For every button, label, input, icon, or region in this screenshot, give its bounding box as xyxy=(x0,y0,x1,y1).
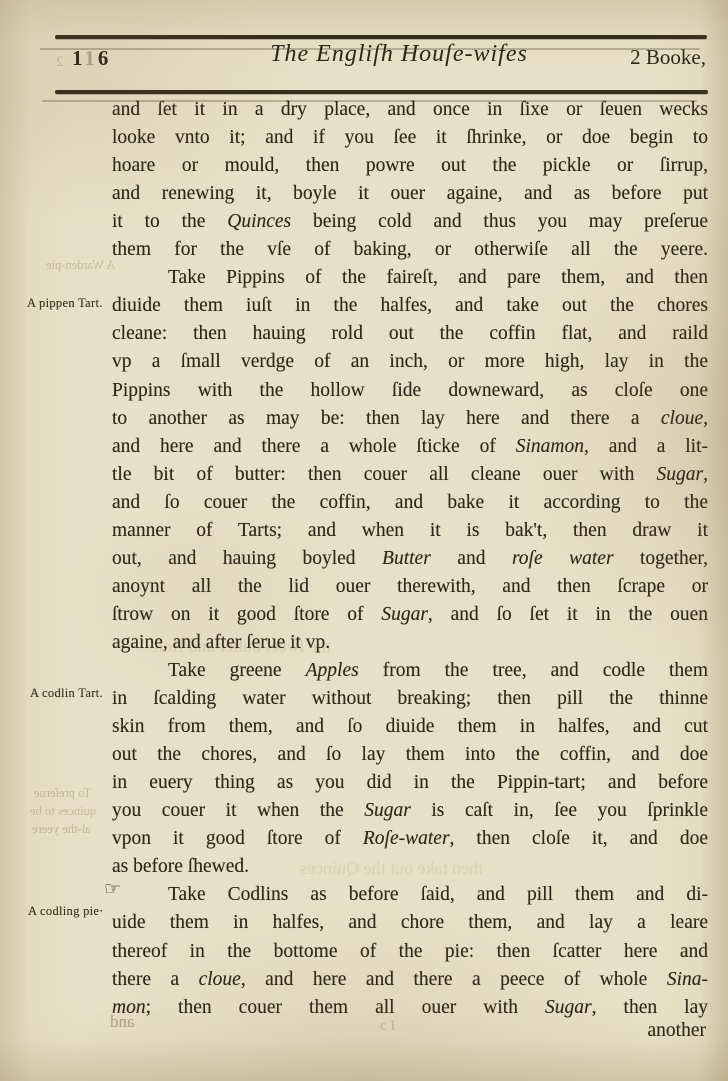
body-line: and here and there a whole ſticke of Sin… xyxy=(112,433,708,461)
body-line: Take greene Apples from the tree, and co… xyxy=(112,657,708,685)
body-line: and ſet it in a dry place, and once in ſ… xyxy=(112,96,708,124)
body-text-run: , and a lit- xyxy=(584,436,708,457)
body-text-run: manner of Tarts; and when it is bak't, t… xyxy=(112,520,708,541)
body-text-italic: Sina- xyxy=(667,969,708,990)
body-line: skin from them, and ſo diuide them in ha… xyxy=(112,713,708,741)
ghost-text: quinces to be xyxy=(30,804,96,819)
body-line: Pippins with the hollow ſide downeward, … xyxy=(112,377,708,405)
body-text-run: Pippins with the hollow ſide downeward, … xyxy=(112,380,708,401)
body-text-run: anoynt all the lid ouer therewith, and t… xyxy=(112,576,708,597)
body-line: hoare or mould, then powre out the pickl… xyxy=(112,152,708,180)
body-line: you couer it when the Sugar is caſt in, … xyxy=(112,797,708,825)
body-text-run: hoare or mould, then powre out the pickl… xyxy=(112,155,708,176)
body-text-italic: Butter xyxy=(382,548,431,569)
body-text-italic: roſe water xyxy=(512,548,614,569)
body-line: it to the Quinces being cold and thus yo… xyxy=(112,208,708,236)
body-line: Take Pippins of the faireſt, and pare th… xyxy=(112,264,708,292)
body-text-run: skin from them, and ſo diuide them in ha… xyxy=(112,716,708,737)
body-text-run: , xyxy=(703,464,708,485)
body-text-run: it to the xyxy=(112,211,227,232)
body-text-italic: cloue, xyxy=(661,408,708,429)
body-line: out, and hauing boyled Butter and roſe w… xyxy=(112,545,708,573)
body-line: there a cloue, and here and there a peec… xyxy=(112,966,708,994)
body-text-italic: mon xyxy=(112,997,146,1018)
body-text-italic: Sinamon xyxy=(516,436,584,457)
body-text-italic: Quinces xyxy=(227,211,291,232)
body-text-run: againe, and after ſerue it vp. xyxy=(112,632,330,653)
page-number: 116 xyxy=(72,46,111,71)
body-line: vp a ſmall verdge of an inch, or more hi… xyxy=(112,348,708,376)
body-line: and ſo couer the coffin, and bake it acc… xyxy=(112,489,708,517)
body-text-run: is caſt in, ſee you ſprinkle xyxy=(411,800,708,821)
margin-note-codlin-tart: A codlin Tart. xyxy=(30,686,103,701)
body-text-run: and renewing it, boyle it ouer againe, a… xyxy=(112,183,708,204)
ghost-text: al-the yeere xyxy=(32,822,91,837)
body-line: thereof in the bottome of the pie: then … xyxy=(112,938,708,966)
body-text-run: ; then couer them all ouer with xyxy=(146,997,545,1018)
body-line: as before ſhewed. xyxy=(112,853,708,881)
page-number-digit: 1 xyxy=(84,46,98,70)
body-text-run: in ſcalding water without breaking; then… xyxy=(112,688,708,709)
body-line: Take Codlins as before ſaid, and pill th… xyxy=(112,881,708,909)
body-line: looke vnto it; and if you ſee it ſhrinke… xyxy=(112,124,708,152)
manicule-icon: ☞ xyxy=(104,878,121,900)
body-text-run: , then lay xyxy=(592,997,708,1018)
body-line: ſtrow on it good ſtore of Sugar, and ſo … xyxy=(112,601,708,629)
body-line: mon; then couer them all ouer with Sugar… xyxy=(112,994,708,1022)
body-text-run: uide them in halfes, and chore them, and… xyxy=(112,912,708,933)
body-text-run: , and ſo ſet it in the ouen xyxy=(428,604,708,625)
body-text-run: and here and there a whole ſticke of xyxy=(112,436,516,457)
ghost-text: 2 xyxy=(56,54,64,71)
body-text-italic: Sugar xyxy=(657,464,704,485)
body-line: and renewing it, boyle it ouer againe, a… xyxy=(112,180,708,208)
body-text-run: , and here and there a peece of whole xyxy=(241,969,667,990)
body-text-run: there a xyxy=(112,969,199,990)
body-text-italic: Sugar xyxy=(381,604,428,625)
body-line: diuide them iuſt in the halfes, and take… xyxy=(112,292,708,320)
body-text-run: them for the vſe of baking, or otherwiſe… xyxy=(112,239,708,260)
body-text-run: and ſet it in a dry place, and once in ſ… xyxy=(112,99,708,120)
body-line: anoynt all the lid ouer therewith, and t… xyxy=(112,573,708,601)
body-text-run: together, xyxy=(614,548,708,569)
body-text-run: Take greene xyxy=(168,660,306,681)
body-line: in ſcalding water without breaking; then… xyxy=(112,685,708,713)
body-line: manner of Tarts; and when it is bak't, t… xyxy=(112,517,708,545)
body-text-run: , then cloſe it, and doe xyxy=(450,828,708,849)
body-text-run: tle bit of butter: then couer all cleane… xyxy=(112,464,657,485)
body-text-run: vp a ſmall verdge of an inch, or more hi… xyxy=(112,351,708,372)
body-text: and ſet it in a dry place, and once in ſ… xyxy=(112,0,708,1081)
body-text-italic: Sugar xyxy=(364,800,411,821)
body-text-run: from the tree, and codle them xyxy=(359,660,708,681)
body-line: out the chores, and ſo lay them into the… xyxy=(112,741,708,769)
body-text-run: Take Codlins as before ſaid, and pill th… xyxy=(168,884,708,905)
body-line: vpon it good ſtore of Roſe-water, then c… xyxy=(112,825,708,853)
body-line: uide them in halfes, and chore them, and… xyxy=(112,909,708,937)
body-line: in euery thing as you did in the Pippin-… xyxy=(112,769,708,797)
body-text-italic: Sugar xyxy=(545,997,592,1018)
body-text-run: ſtrow on it good ſtore of xyxy=(112,604,381,625)
body-text-italic: cloue xyxy=(199,969,241,990)
body-text-italic: Roſe-water xyxy=(363,828,450,849)
body-line: cleane: then hauing rold out the coffin … xyxy=(112,320,708,348)
book-page-scan: 116 The Engliſh Houſe-wifes 2 Booke, 2A … xyxy=(0,0,728,1081)
margin-note-pippin-tart: A pippen Tart. xyxy=(27,296,103,311)
body-text-run: out, and hauing boyled xyxy=(112,548,382,569)
ghost-text: A Warden-pie xyxy=(46,258,115,273)
body-text-run: in euery thing as you did in the Pippin-… xyxy=(112,772,708,793)
body-text-run: thereof in the bottome of the pie: then … xyxy=(112,941,708,962)
body-text-run: diuide them iuſt in the halfes, and take… xyxy=(112,295,708,316)
body-text-run: cleane: then hauing rold out the coffin … xyxy=(112,323,708,344)
body-text-run: as before ſhewed. xyxy=(112,856,249,877)
body-line: to another as may be: then lay here and … xyxy=(112,405,708,433)
body-text-run: and ſo couer the coffin, and bake it acc… xyxy=(112,492,708,513)
body-text-run: and xyxy=(431,548,512,569)
body-text-run: to another as may be: then lay here and … xyxy=(112,408,661,429)
body-text-italic: Apples xyxy=(306,660,359,681)
body-text-run: Take Pippins of the faireſt, and pare th… xyxy=(168,267,708,288)
body-line: againe, and after ſerue it vp. xyxy=(112,629,708,657)
body-line: them for the vſe of baking, or otherwiſe… xyxy=(112,236,708,264)
body-text-run: being cold and thus you may preſerue xyxy=(291,211,708,232)
body-text-run: looke vnto it; and if you ſee it ſhrinke… xyxy=(112,127,708,148)
page-number-digit: 1 xyxy=(72,46,84,70)
catchword: another xyxy=(648,1020,706,1042)
ghost-text: To preſerue xyxy=(34,786,91,801)
margin-note-codling-pie: A codling pie· xyxy=(28,904,104,919)
body-line: tle bit of butter: then couer all cleane… xyxy=(112,461,708,489)
body-text-run: out the chores, and ſo lay them into the… xyxy=(112,744,708,765)
body-text-run: you couer it when the xyxy=(112,800,364,821)
body-text-run: vpon it good ſtore of xyxy=(112,828,363,849)
